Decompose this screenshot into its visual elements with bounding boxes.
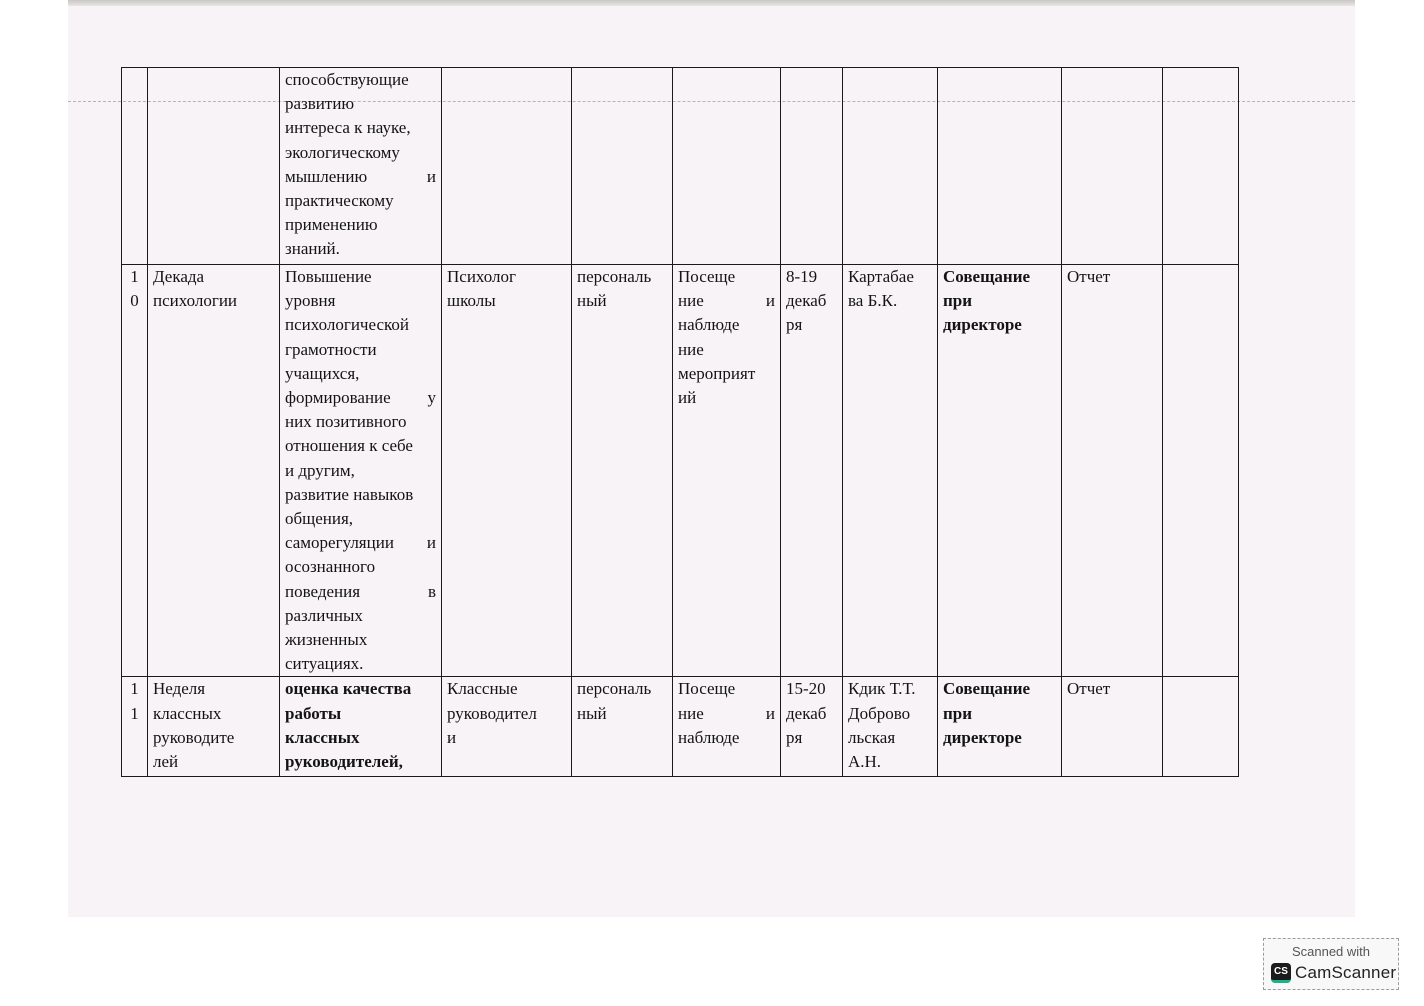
cell-text-line: психологии xyxy=(153,289,274,313)
watermark-caption: Scanned with xyxy=(1264,944,1398,959)
cell-text-line: Неделя xyxy=(153,677,274,701)
cell-purpose: оценка качестваработыклассныхруководител… xyxy=(280,677,442,777)
cell-text-line: льская xyxy=(848,726,932,750)
cell-text-line: персональ xyxy=(577,677,667,701)
cell-text-line: школы xyxy=(447,289,566,313)
cell-text-line: ние xyxy=(678,338,775,362)
cell-object: Психологшколы xyxy=(442,265,572,677)
cell-text-line: Классные xyxy=(447,677,566,701)
cell-result: Отчет xyxy=(1062,677,1163,777)
camscanner-logo-icon: CS xyxy=(1271,963,1291,983)
table-row: 11Неделяклассныхруководителейоценка каче… xyxy=(122,677,1239,777)
cell-text-line: ря xyxy=(786,313,837,337)
cell-text-line: 1 xyxy=(127,677,142,701)
cell-text-line: учащихся, xyxy=(285,362,436,386)
cell-result: Отчет xyxy=(1062,265,1163,677)
cell-dates: 8-19декабря xyxy=(781,265,843,677)
cell-text-line: ный xyxy=(577,702,667,726)
cell-text-line: практическому xyxy=(285,189,436,213)
cell-blank xyxy=(1163,265,1239,677)
cell-text-line: Повышение xyxy=(285,265,436,289)
cell-text-line: 0 xyxy=(127,289,142,313)
cell-text-line: различных xyxy=(285,604,436,628)
cell-text-line: Совещание xyxy=(943,677,1056,701)
cell-text-line: Отчет xyxy=(1067,677,1157,701)
cell-discussion xyxy=(938,68,1062,265)
cell-number xyxy=(122,68,148,265)
table-row: 10ДекадапсихологииПовышениеуровняпсихоло… xyxy=(122,265,1239,677)
cell-text-line: ние и xyxy=(678,289,775,313)
cell-responsible: Кдик Т.Т.ДобровольскаяА.Н. xyxy=(843,677,938,777)
cell-event-name: Неделяклассныхруководителей xyxy=(148,677,280,777)
cell-discussion: Совещаниепридиректоре xyxy=(938,265,1062,677)
cell-text-line: ий xyxy=(678,386,775,410)
cell-text-line: развитие навыков xyxy=(285,483,436,507)
cell-text-line: мероприят xyxy=(678,362,775,386)
cell-blank xyxy=(1163,68,1239,265)
plan-table: способствующиеразвитиюинтереса к науке,э… xyxy=(121,67,1239,777)
cell-number: 10 xyxy=(122,265,148,677)
cell-text-line: Доброво xyxy=(848,702,932,726)
cell-text-line: саморегуляции и xyxy=(285,531,436,555)
cell-text-line: лей xyxy=(153,750,274,774)
cell-text-line: А.Н. xyxy=(848,750,932,774)
table-row: способствующиеразвитиюинтереса к науке,э… xyxy=(122,68,1239,265)
cell-object: Классныеруководители xyxy=(442,677,572,777)
cell-event-name: Декадапсихологии xyxy=(148,265,280,677)
cell-text-line: жизненных xyxy=(285,628,436,652)
cell-responsible xyxy=(843,68,938,265)
cell-text-line: 8-19 xyxy=(786,265,837,289)
cell-text-line: Посеще xyxy=(678,677,775,701)
cell-responsible: Картабаева Б.К. xyxy=(843,265,938,677)
cell-text-line: общения, xyxy=(285,507,436,531)
cell-text-line: классных xyxy=(285,726,436,750)
cell-number: 11 xyxy=(122,677,148,777)
cell-text-line: отношения к себе xyxy=(285,434,436,458)
cell-text-line: знаний. xyxy=(285,237,436,261)
cell-text-line: декаб xyxy=(786,702,837,726)
cell-text-line: интереса к науке, xyxy=(285,116,436,140)
cell-text-line: при xyxy=(943,289,1056,313)
cell-text-line: 1 xyxy=(127,265,142,289)
cell-method: Посещение инаблюдениемероприятий xyxy=(673,265,781,677)
cell-text-line: ва Б.К. xyxy=(848,289,932,313)
cell-text-line: Совещание xyxy=(943,265,1056,289)
cell-text-line: руководите xyxy=(153,726,274,750)
cell-dates xyxy=(781,68,843,265)
cell-event-name xyxy=(148,68,280,265)
cell-method xyxy=(673,68,781,265)
cell-text-line: поведения в xyxy=(285,580,436,604)
cell-text-line: ние и xyxy=(678,702,775,726)
cell-result xyxy=(1062,68,1163,265)
cell-form xyxy=(572,68,673,265)
cell-text-line: формирование у xyxy=(285,386,436,410)
cell-text-line: руководител xyxy=(447,702,566,726)
cell-text-line: и xyxy=(447,726,566,750)
cell-text-line: и другим, xyxy=(285,459,436,483)
cell-text-line: мышлению и xyxy=(285,165,436,189)
watermark-brand: CS CamScanner xyxy=(1271,963,1396,983)
cell-text-line: психологической xyxy=(285,313,436,337)
watermark-brand-name: CamScanner xyxy=(1295,963,1396,983)
cell-text-line: наблюде xyxy=(678,313,775,337)
camscanner-watermark: Scanned with CS CamScanner xyxy=(1263,938,1399,990)
cell-dates: 15-20декабря xyxy=(781,677,843,777)
cell-text-line: грамотности xyxy=(285,338,436,362)
cell-text-line: способствующие xyxy=(285,68,436,92)
cell-object xyxy=(442,68,572,265)
cell-text-line: декаб xyxy=(786,289,837,313)
cell-text-line: развитию xyxy=(285,92,436,116)
cell-text-line: Психолог xyxy=(447,265,566,289)
cell-text-line: них позитивного xyxy=(285,410,436,434)
cell-text-line: ря xyxy=(786,726,837,750)
cell-text-line: оценка качества xyxy=(285,677,436,701)
cell-text-line: 1 xyxy=(127,702,142,726)
cell-discussion: Совещаниепридиректоре xyxy=(938,677,1062,777)
cell-text-line: директоре xyxy=(943,313,1056,337)
cell-method: Посещение инаблюде xyxy=(673,677,781,777)
cell-text-line: экологическому xyxy=(285,141,436,165)
cell-text-line: Декада xyxy=(153,265,274,289)
cell-text-line: ный xyxy=(577,289,667,313)
cell-text-line: осознанного xyxy=(285,555,436,579)
cell-text-line: руководителей, xyxy=(285,750,436,774)
cell-text-line: 15-20 xyxy=(786,677,837,701)
cell-form: персональный xyxy=(572,265,673,677)
cell-text-line: классных xyxy=(153,702,274,726)
cell-purpose: Повышениеуровняпсихологическойграмотност… xyxy=(280,265,442,677)
cell-text-line: применению xyxy=(285,213,436,237)
cell-text-line: директоре xyxy=(943,726,1056,750)
cell-text-line: наблюде xyxy=(678,726,775,750)
cell-text-line: при xyxy=(943,702,1056,726)
cell-text-line: ситуациях. xyxy=(285,652,436,676)
cell-text-line: Картабае xyxy=(848,265,932,289)
cell-text-line: Посеще xyxy=(678,265,775,289)
cell-text-line: работы xyxy=(285,702,436,726)
cell-purpose: способствующиеразвитиюинтереса к науке,э… xyxy=(280,68,442,265)
cell-text-line: Отчет xyxy=(1067,265,1157,289)
cell-blank xyxy=(1163,677,1239,777)
cell-text-line: персональ xyxy=(577,265,667,289)
cell-text-line: Кдик Т.Т. xyxy=(848,677,932,701)
cell-text-line: уровня xyxy=(285,289,436,313)
cell-form: персональный xyxy=(572,677,673,777)
